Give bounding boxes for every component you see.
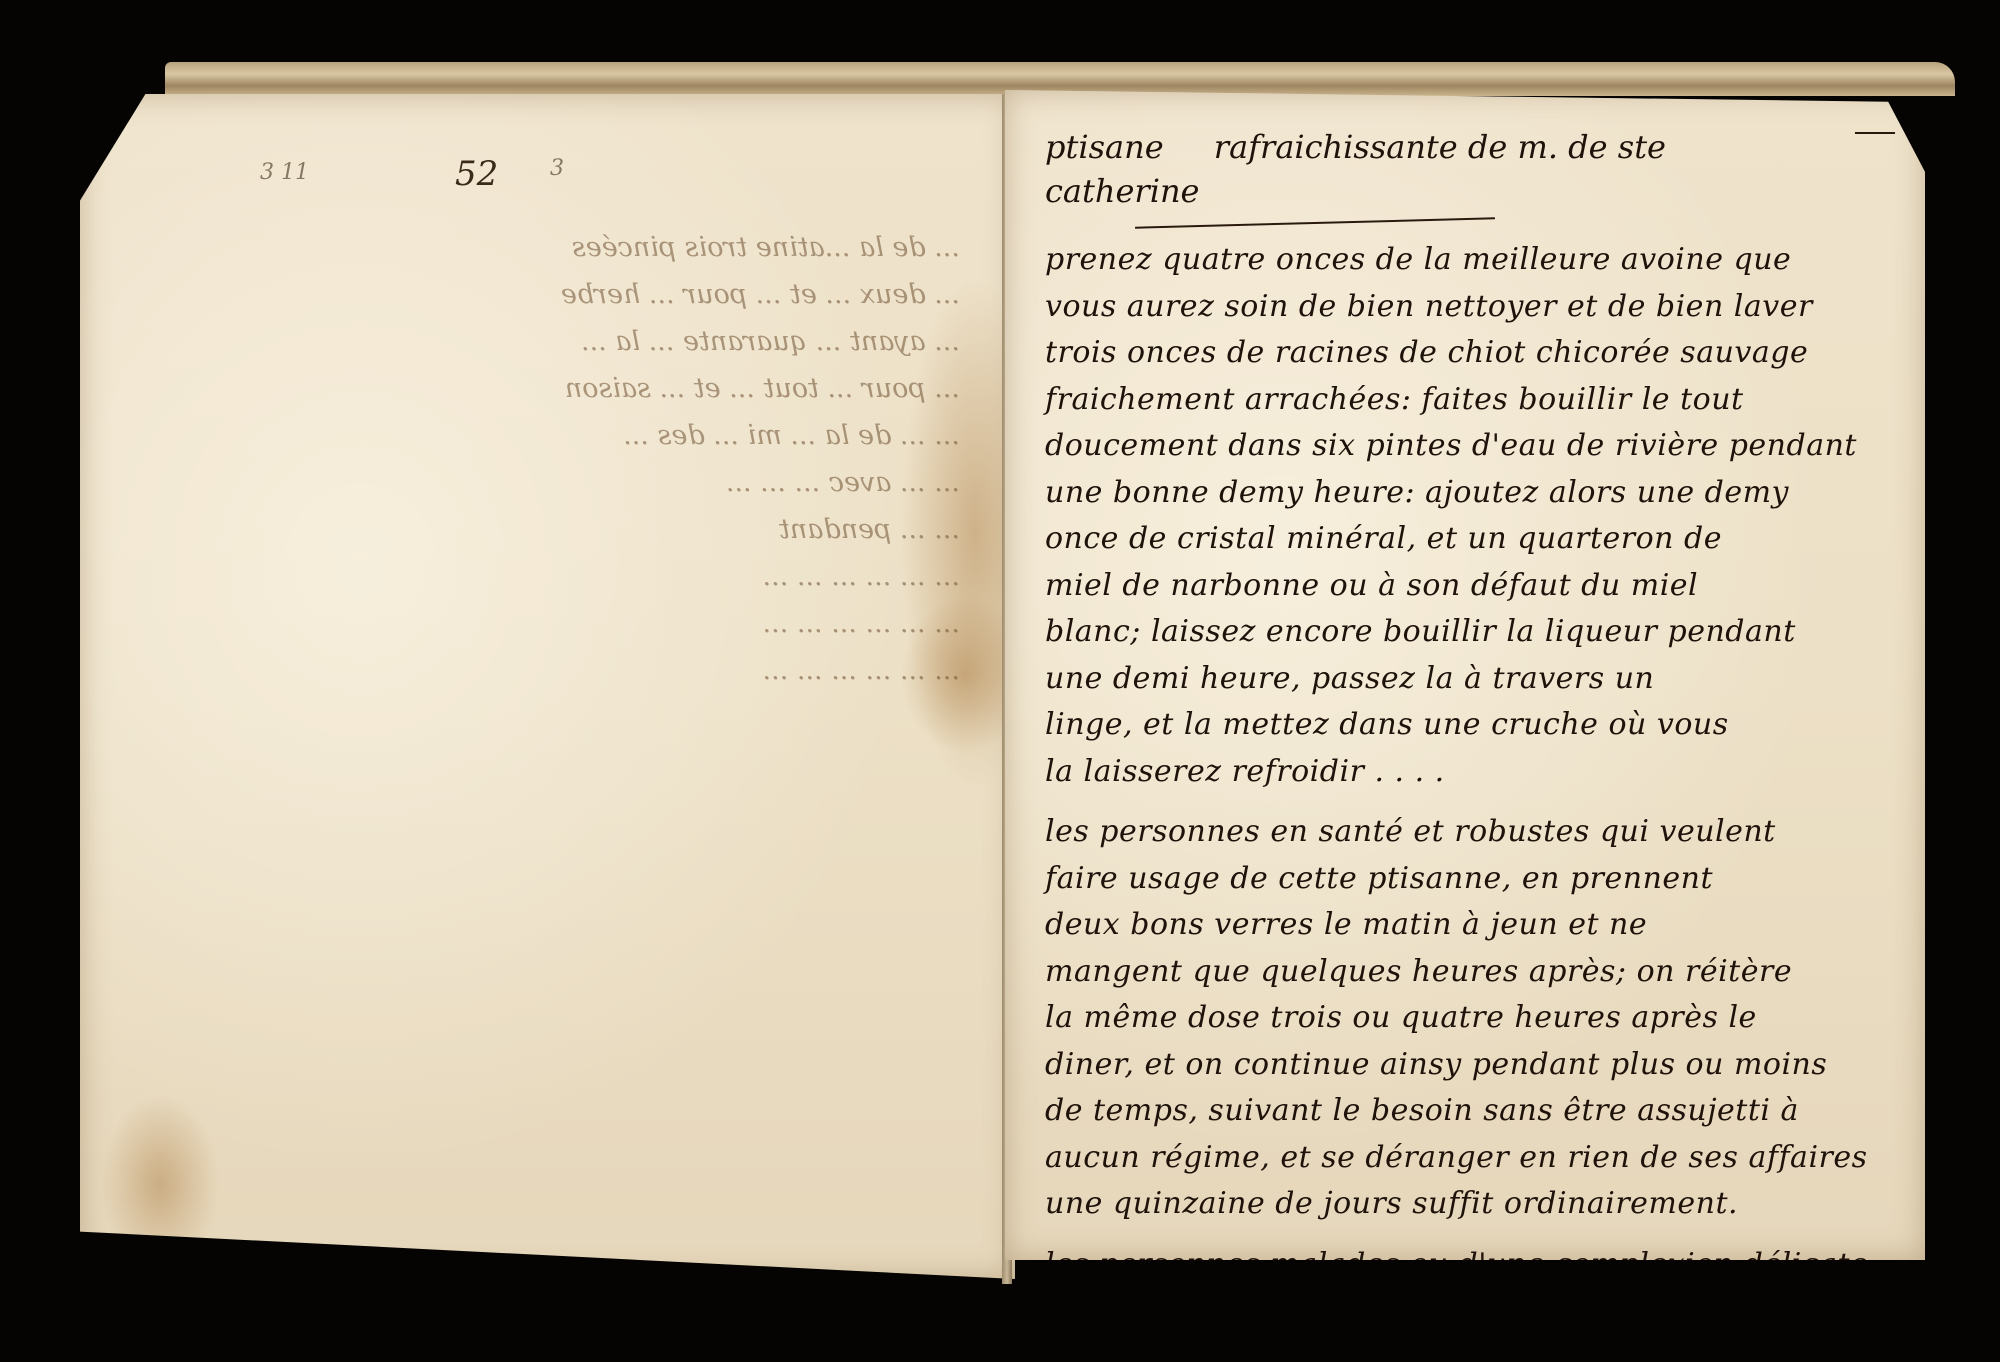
bleed-line: ... ... avec ... ... ... — [140, 459, 960, 506]
recipe-line: fraichement arrachées: faites bouillir l… — [1045, 382, 1915, 429]
bleed-line: ... ... pendant — [140, 506, 960, 553]
usage-line: deux bons verres le matin à jeun et ne — [1045, 907, 1915, 954]
recipe-line: vous aurez soin de bien nettoyer et de b… — [1045, 289, 1915, 336]
usage-line: de temps, suivant le besoin sans être as… — [1045, 1093, 1915, 1140]
paragraph-break — [1045, 1233, 1915, 1247]
recipe-line: once de cristal minéral, et un quarteron… — [1045, 521, 1915, 568]
bleed-line: ... ... ... ... ... ... — [140, 600, 960, 647]
bleed-line: ... ... de la ... mi ... des ... — [140, 412, 960, 459]
recipe-line: prenez quatre onces de la meilleure avoi… — [1045, 242, 1915, 289]
paragraph-break — [1045, 800, 1915, 814]
bleed-line: ... de la ...atine trois pincées — [140, 224, 960, 271]
marginal-mark: 3 11 — [260, 160, 309, 185]
recipe-text: ptisane rafraichissante de m. de ste cat… — [1045, 128, 1915, 1293]
usage-line: une quinzaine de jours suffit ordinairem… — [1045, 1186, 1915, 1233]
left-page: 3 11 52 3 ... de la ...atine trois pincé… — [80, 94, 1015, 1279]
recipe-line: blanc; laissez encore bouillir la liqueu… — [1045, 614, 1915, 661]
title-underline — [1135, 217, 1495, 228]
bleed-line: ... ... ... ... ... ... — [140, 553, 960, 600]
recipe-line: doucement dans six pintes d'eau de riviè… — [1045, 428, 1915, 475]
recipe-line: linge, et la mettez dans une cruche où v… — [1045, 707, 1915, 754]
closing-line: les personnes malades ou d'une complexio… — [1045, 1247, 1915, 1294]
usage-line: faire usage de cette ptisanne, en prenne… — [1045, 861, 1915, 908]
usage-line: les personnes en santé et robustes qui v… — [1045, 814, 1915, 861]
recipe-line: une bonne demy heure: ajoutez alors une … — [1045, 475, 1915, 522]
bleed-line: ... ayant ... quarante ... la ... — [140, 318, 960, 365]
open-manuscript: 3 11 52 3 ... de la ...atine trois pincé… — [70, 62, 1940, 1302]
recipe-line: la laisserez refroidir . . . . — [1045, 754, 1915, 801]
recipe-line: une demi heure, passez la à travers un — [1045, 661, 1915, 708]
title-subtitle: rafraichissante de m. de ste — [1214, 128, 1666, 166]
bleed-line: ... ... ... ... ... ... — [140, 647, 960, 694]
title-word: ptisane — [1045, 128, 1164, 166]
bleed-through-text: ... de la ...atine trois pincées ... deu… — [140, 224, 960, 694]
usage-line: mangent que quelques heures après; on ré… — [1045, 954, 1915, 1001]
water-stain — [100, 1094, 220, 1274]
usage-line: la même dose trois ou quatre heures aprè… — [1045, 1000, 1915, 1047]
right-page: ptisane rafraichissante de m. de ste cat… — [1005, 90, 1925, 1260]
recipe-line: miel de narbonne ou à son défaut du miel — [1045, 568, 1915, 615]
marginal-mark: 3 — [550, 156, 564, 181]
recipe-title: ptisane rafraichissante de m. de ste — [1045, 128, 1915, 172]
bleed-line: ... pour ... tout ... et ... saison — [140, 365, 960, 412]
usage-line: aucun régime, et se déranger en rien de … — [1045, 1140, 1915, 1187]
recipe-title-line2: catherine — [1045, 172, 1915, 216]
bleed-line: ... deux ... et ... pour ... herbe — [140, 271, 960, 318]
usage-line: diner, et on continue ainsy pendant plus… — [1045, 1047, 1915, 1094]
recipe-line: trois onces de racines de chiot chicorée… — [1045, 335, 1915, 382]
page-number: 52 — [455, 154, 498, 194]
